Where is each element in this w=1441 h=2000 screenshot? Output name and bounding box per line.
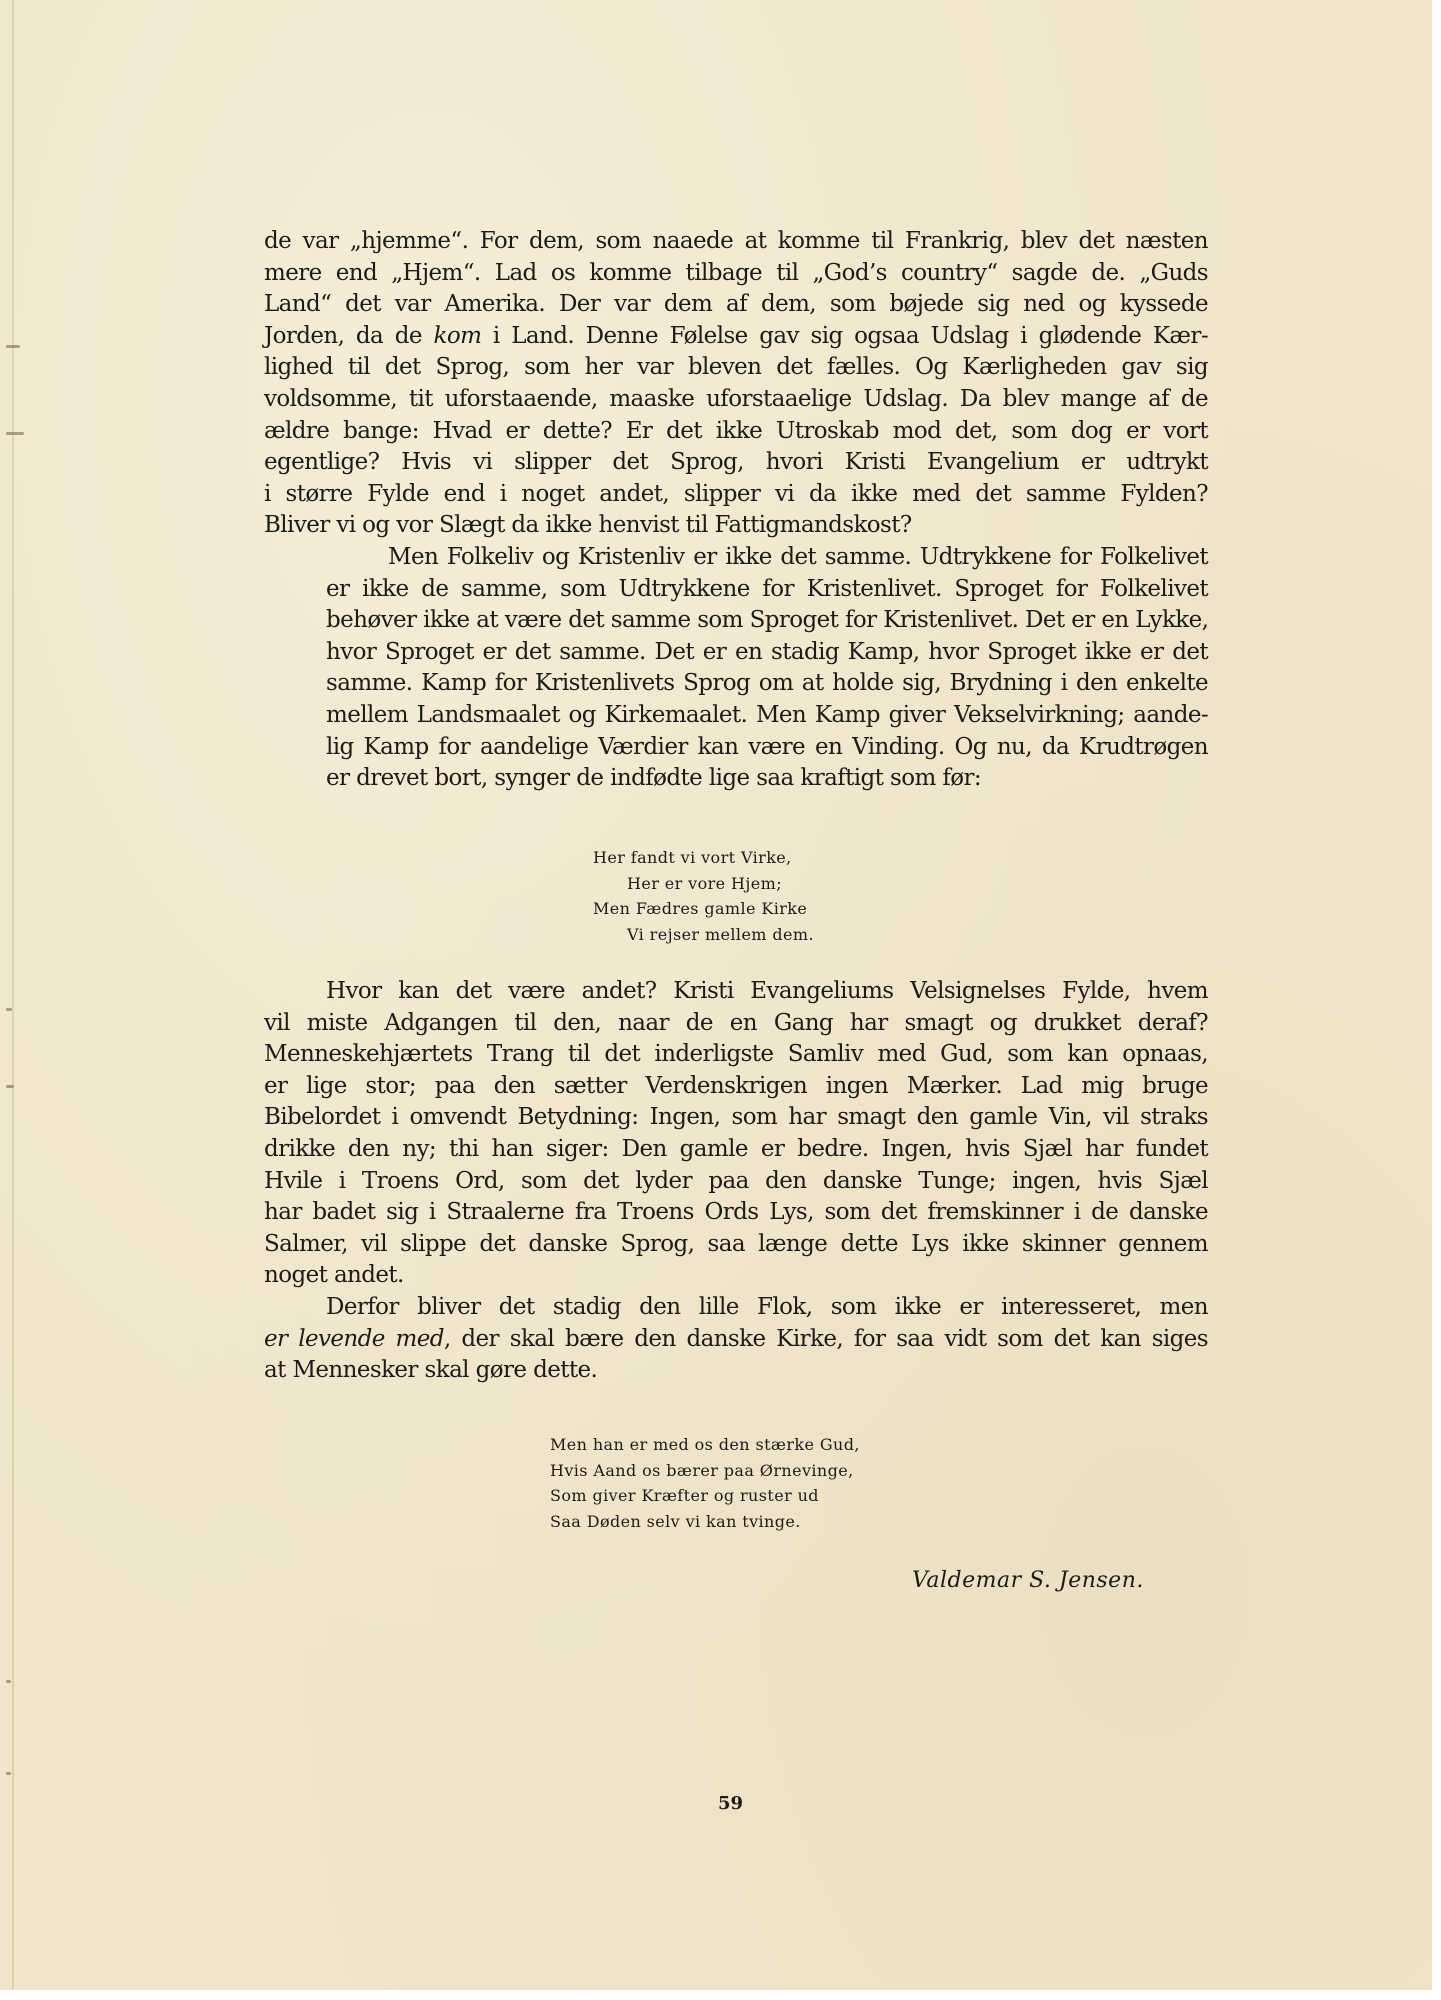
verse-line: Her er vore Hjem; [593,871,814,897]
text-line: at Mennesker skal gøre dette. [264,1355,1208,1387]
text-line: Derfor bliver det stadig den lille Flok,… [264,1292,1208,1324]
italic-word: kom [434,323,482,349]
paragraph-2: Men Folkeliv og Kristenliv er ikke det s… [264,542,1208,795]
scanned-page: de var „hjemme“. For dem, som naaede at … [0,0,1432,1990]
text-line: de var „hjemme“. For dem, som naaede at … [264,226,1208,258]
text-line: Bliver vi og vor Slægt da ikke henvist t… [264,510,1208,542]
page-edge-line [12,0,14,1990]
verse-2: Men han er med os den stærke Gud, Hvis A… [550,1432,860,1534]
text-segment: Jorden, da de [264,323,434,349]
text-line: er ikke de samme, som Udtrykkene for Kri… [264,574,1208,606]
text-line: behøver ikke at være det samme som Sprog… [264,605,1208,637]
text-line: er lige stor; paa den sætter Verdenskrig… [264,1071,1208,1103]
verse-line: Som giver Kræfter og ruster ud [550,1483,860,1509]
text-line: har badet sig i Straalerne fra Troens Or… [264,1197,1208,1229]
paragraph-1: de var „hjemme“. For dem, som naaede at … [264,226,1208,542]
text-line: Land“ det var Amerika. Der var dem af de… [264,289,1208,321]
author-signature: Valdemar S. Jensen. [912,1568,1144,1593]
text-line: hvor Sproget er det samme. Det er en sta… [264,637,1208,669]
verse-line: Men han er med os den stærke Gud, [550,1432,860,1458]
paragraph-3: Hvor kan det være andet? Kristi Evangeli… [264,976,1208,1292]
text-line: er levende med, der skal bære den danske… [264,1324,1208,1356]
text-line: samme. Kamp for Kristenlivets Sprog om a… [264,668,1208,700]
text-line: mellem Landsmaalet og Kirkemaalet. Men K… [264,700,1208,732]
verse-line: Her fandt vi vort Virke, [593,845,814,871]
text-line: Hvor kan det være andet? Kristi Evangeli… [264,976,1208,1008]
text-segment: , der skal bære den danske Kirke, for sa… [444,1326,1208,1352]
text-line: mere end „Hjem“. Lad os komme tilbage ti… [264,258,1208,290]
text-line: lighed til det Sprog, som her var bleven… [264,352,1208,384]
text-line: noget andet. [264,1260,1208,1292]
verse-line: Hvis Aand os bærer paa Ørnevinge, [550,1458,860,1484]
text-line: Jorden, da de kom i Land. Denne Følelse … [264,321,1208,353]
text-line: lig Kamp for aandelige Værdier kan være … [264,732,1208,764]
text-line: vil miste Adgangen til den, naar de en G… [264,1008,1208,1040]
text-line: drikke den ny; thi han siger: Den gamle … [264,1134,1208,1166]
margin-mark [6,345,20,348]
italic-phrase: er levende med [264,1326,444,1352]
text-line: egentlige? Hvis vi slipper det Sprog, hv… [264,447,1208,479]
margin-mark [6,1085,14,1088]
margin-mark [6,1772,11,1775]
article-body-continued: Hvor kan det være andet? Kristi Evangeli… [264,976,1208,1387]
text-line: Bibelordet i omvendt Betydning: Ingen, s… [264,1102,1208,1134]
text-line: Menneskehjærtets Trang til det inderligs… [264,1039,1208,1071]
text-segment: i Land. Denne Følelse gav sig ogsaa Udsl… [481,323,1208,349]
verse-line: Saa Døden selv vi kan tvinge. [550,1509,860,1535]
text-line: er drevet bort, synger de indfødte lige … [264,763,1208,795]
verse-line: Vi rejser mellem dem. [593,922,814,948]
margin-mark [6,1008,12,1011]
text-line: Hvile i Troens Ord, som det lyder paa de… [264,1166,1208,1198]
page-number: 59 [718,1793,743,1814]
margin-mark [6,432,24,435]
verse-line: Men Fædres gamle Kirke [593,896,814,922]
text-line: ældre bange: Hvad er dette? Er det ikke … [264,416,1208,448]
text-line: i større Fylde end i noget andet, slippe… [264,479,1208,511]
article-body: de var „hjemme“. For dem, som naaede at … [264,226,1208,795]
text-line: voldsomme, tit uforstaaende, maaske ufor… [264,384,1208,416]
verse-1: Her fandt vi vort Virke, Her er vore Hje… [593,845,814,947]
margin-mark [6,1680,11,1683]
text-line: Salmer, vil slippe det danske Sprog, saa… [264,1229,1208,1261]
text-line: Men Folkeliv og Kristenliv er ikke det s… [264,542,1208,574]
paragraph-4: Derfor bliver det stadig den lille Flok,… [264,1292,1208,1387]
